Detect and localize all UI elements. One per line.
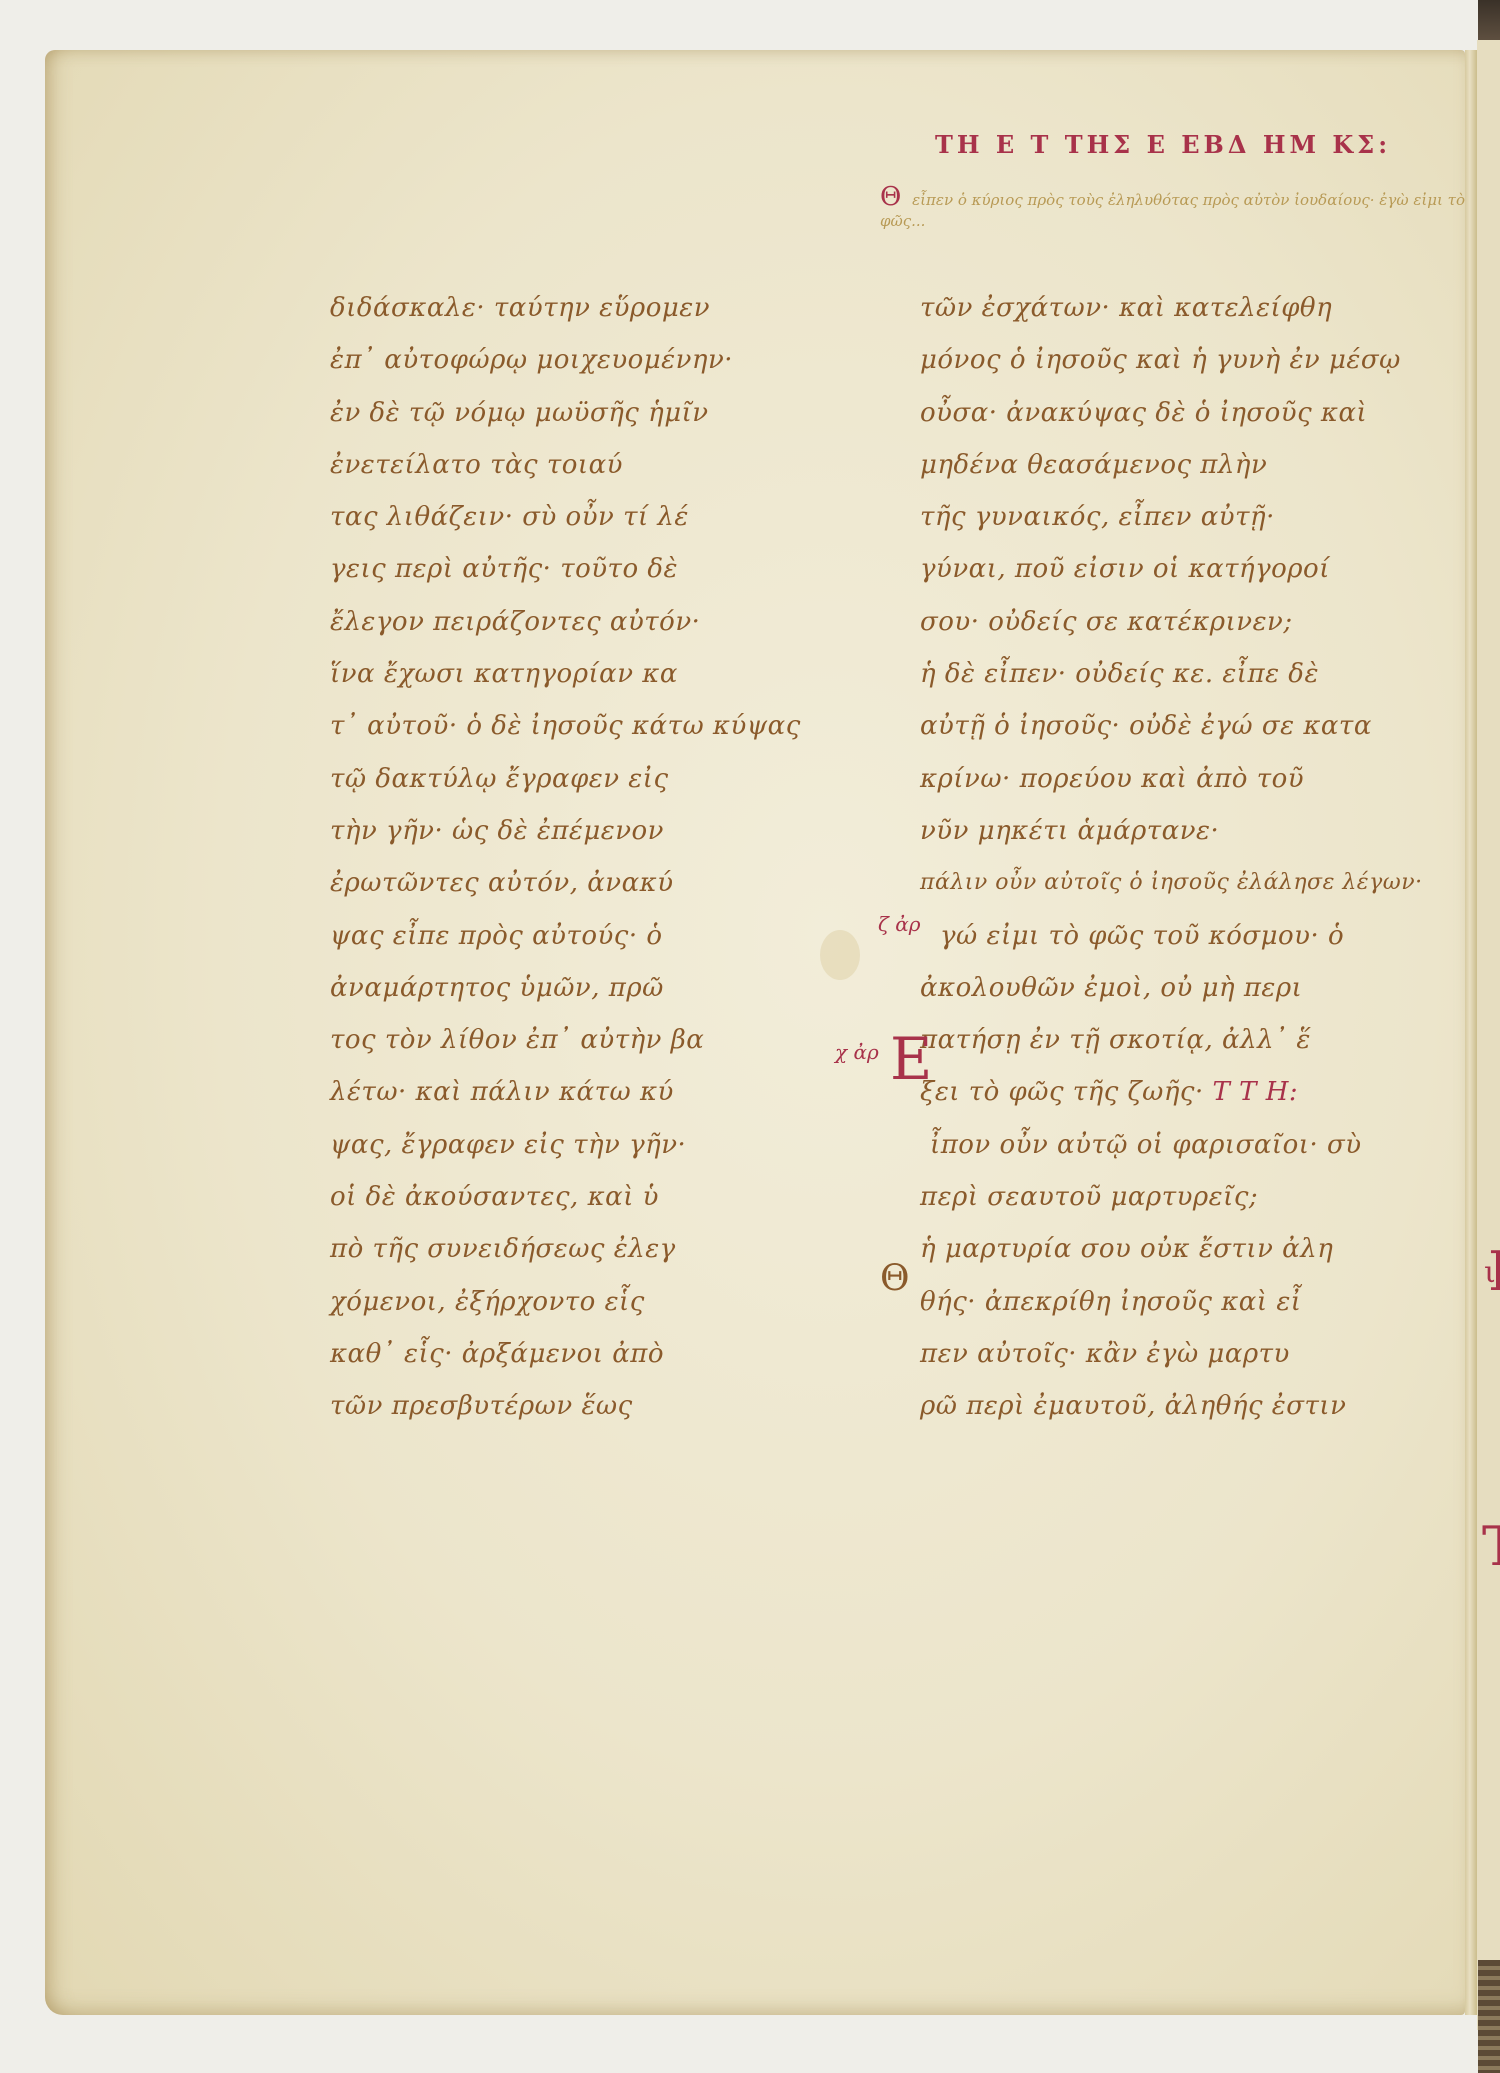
text-line: τὴν γῆν· ὡς δὲ ἐπέμενον — [330, 805, 850, 857]
text-line: πατήσῃ ἐν τῇ σκοτίᾳ, ἀλλ᾽ ἕ — [920, 1014, 1440, 1066]
gutter — [1465, 50, 1477, 2015]
text-line: πὸ τῆς συνειδήσεως ἐλεγ — [330, 1223, 850, 1275]
initial-theta: Θ — [880, 1258, 910, 1299]
binding-edge-bottom — [1478, 1960, 1500, 2073]
text-line: χόμενοι, ἐξήρχοντο εἷς — [330, 1276, 850, 1328]
marginal-note-chi: χ ἀρ — [835, 1040, 879, 1064]
text-line: λέτω· καὶ πάλιν κάτω κύ — [330, 1066, 850, 1118]
text-line: ἐπ᾽ αὐτοφώρῳ μοιχευομένην· — [330, 334, 850, 386]
text-line: οὖσα· ἀνακύψας δὲ ὁ ἰησοῦς καὶ — [920, 387, 1440, 439]
text-line-content: ξει τὸ φῶς τῆς ζωῆς· — [920, 1077, 1204, 1107]
adjacent-leaf — [1477, 40, 1500, 2030]
text-line: ἀναμάρτητος ὑμῶν, πρῶ — [330, 962, 850, 1014]
text-line: θής· ἀπεκρίθη ἰησοῦς καὶ εἶ — [920, 1276, 1440, 1328]
right-column: τῶν ἐσχάτων· καὶ κατελείφθη μόνος ὁ ἰησο… — [920, 282, 1440, 1433]
text-line: ἶπον οὖν αὐτῷ οἱ φαρισαῖοι· σὺ — [920, 1119, 1440, 1171]
text-line: ἀκολουθῶν ἐμοὶ, οὐ μὴ περι — [920, 962, 1440, 1014]
incipit-initial: Θ — [880, 182, 901, 212]
text-line: τῶν ἐσχάτων· καὶ κατελείφθη — [920, 282, 1440, 334]
text-line: ἐρωτῶντες αὐτόν, ἀνακύ — [330, 857, 850, 909]
rubric-initial-epsilon: Ε — [890, 1025, 932, 1093]
text-line: ψας εἶπε πρὸς αὐτούς· ὁ — [330, 910, 850, 962]
text-line: τῷ δακτύλῳ ἔγραφεν εἰς — [330, 753, 850, 805]
text-line: οἱ δὲ ἀκούσαντες, καὶ ὑ — [330, 1171, 850, 1223]
text-line: ψας, ἔγραφεν εἰς τὴν γῆν· — [330, 1119, 850, 1171]
incipit: Θ εἶπεν ὁ κύριος πρὸς τοὺς ἐληλυθότας πρ… — [880, 182, 1500, 230]
text-line: ἡ δὲ εἶπεν· οὐδείς κε. εἶπε δὲ — [920, 648, 1440, 700]
left-column: διδάσκαλε· ταύτην εὕρομεν ἐπ᾽ αὐτοφώρῳ μ… — [330, 282, 850, 1433]
edge-fragment-epsilon: Ε — [1488, 1240, 1500, 1303]
text-line: πεν αὐτοῖς· κἂν ἐγὼ μαρτυ — [920, 1328, 1440, 1380]
text-line: γύναι, ποῦ εἰσιν οἱ κατήγοροί — [920, 543, 1440, 595]
text-line: μόνος ὁ ἰησοῦς καὶ ἡ γυνὴ ἐν μέσῳ — [920, 334, 1440, 386]
text-line: γεις περὶ αὐτῆς· τοῦτο δὲ — [330, 543, 850, 595]
text-line: αὐτῇ ὁ ἰησοῦς· οὐδὲ ἐγώ σε κατα — [920, 700, 1440, 752]
text-line: καθ᾽ εἷς· ἀρξάμενοι ἀπὸ — [330, 1328, 850, 1380]
text-line: σου· οὐδείς σε κατέκρινεν; — [920, 596, 1440, 648]
text-line: διδάσκαλε· ταύτην εὕρομεν — [330, 282, 850, 334]
text-line: ἐνετείλατο τὰς τοιαύ — [330, 439, 850, 491]
text-line: πάλιν οὖν αὐτοῖς ὁ ἰησοῦς ἐλάλησε λέγων· — [920, 857, 1440, 909]
rubric-title: ΤΗ Ε Τ ΤΗΣ Ε ΕΒΔ ΗΜ ΚΣ: — [935, 130, 1391, 159]
text-line: κρίνω· πορεύου καὶ ἀπὸ τοῦ — [920, 753, 1440, 805]
text-line: περὶ σεαυτοῦ μαρτυρεῖς; — [920, 1171, 1440, 1223]
text-line: ἐν δὲ τῷ νόμῳ μωϋσῆς ἡμῖν — [330, 387, 850, 439]
rubric-end-mark: Τ Τ Η: — [1213, 1077, 1299, 1107]
text-line: ρῶ περὶ ἐμαυτοῦ, ἀληθής ἐστιν — [920, 1380, 1440, 1432]
text-line: ἔλεγον πειράζοντες αὐτόν· — [330, 596, 850, 648]
text-line: ἵνα ἔχωσι κατηγορίαν κα — [330, 648, 850, 700]
text-line: μηδένα θεασάμενος πλὴν — [920, 439, 1440, 491]
text-line: τῶν πρεσβυτέρων ἕως — [330, 1380, 850, 1432]
text-line: ἡ μαρτυρία σου οὐκ ἔστιν ἀλη — [920, 1223, 1440, 1275]
marginal-note-zeta: ζ ἀρ — [878, 912, 920, 936]
text-line: τ᾽ αὐτοῦ· ὁ δὲ ἰησοῦς κάτω κύψας — [330, 700, 850, 752]
text-line: γώ εἰμι τὸ φῶς τοῦ κόσμου· ὁ — [920, 910, 1440, 962]
edge-fragment-tau: Τ — [1482, 1515, 1500, 1578]
text-line: τῆς γυναικός, εἶπεν αὐτῇ· — [920, 491, 1440, 543]
text-line: τας λιθάζειν· σὺ οὖν τί λέ — [330, 491, 850, 543]
incipit-text: εἶπεν ὁ κύριος πρὸς τοὺς ἐληλυθότας πρὸς… — [880, 191, 1465, 230]
text-line: ξει τὸ φῶς τῆς ζωῆς· Τ Τ Η: — [920, 1066, 1440, 1118]
text-line: τος τὸν λίθον ἐπ᾽ αὐτὴν βα — [330, 1014, 850, 1066]
text-line: νῦν μηκέτι ἁμάρτανε· — [920, 805, 1440, 857]
